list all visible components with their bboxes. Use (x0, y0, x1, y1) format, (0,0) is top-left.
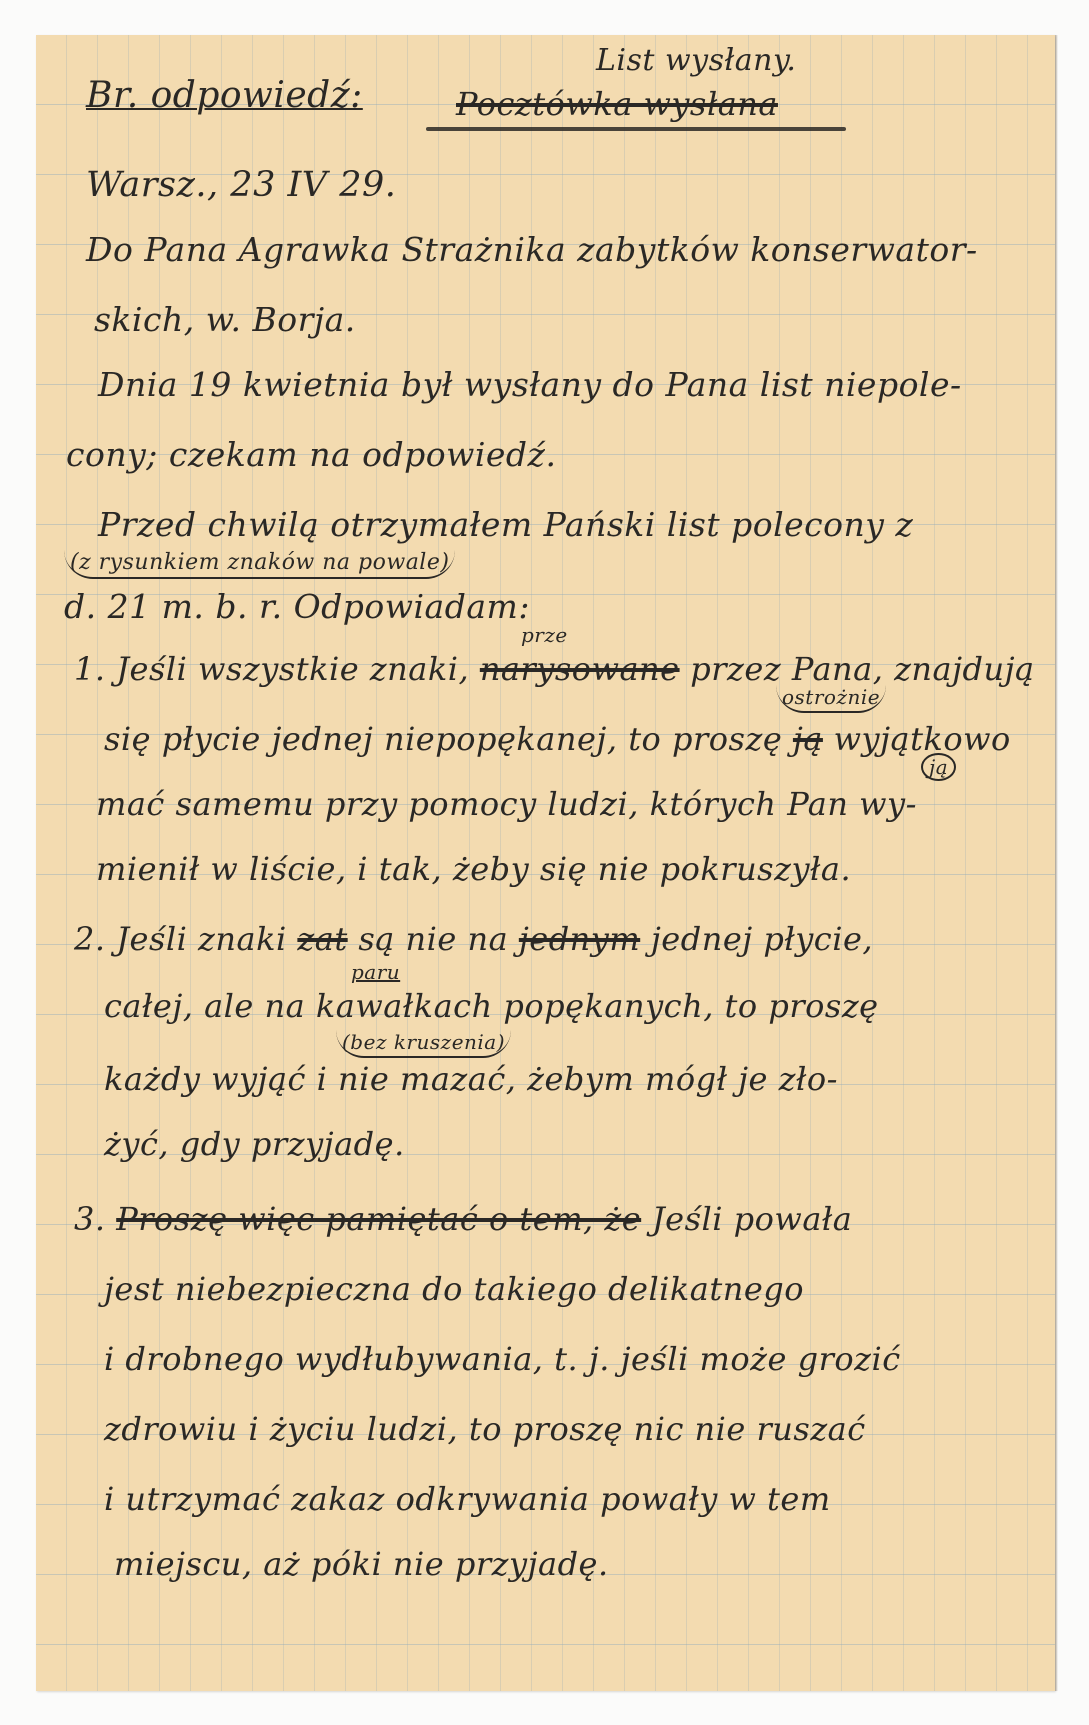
item-2-text-a: Jeśli znaki (116, 920, 287, 958)
item-1-text-a: Jeśli wszystkie znaki, (116, 650, 469, 688)
item-number: 1. (74, 650, 106, 688)
crossed-out-title: Pocztówka wysłana (456, 85, 778, 123)
item-2-insert: paru (351, 960, 400, 984)
item-3-line-3: i drobnego wydłubywania, t. j. jeśli moż… (104, 1340, 901, 1378)
item-1-line-2: się płycie jednej niepopękanej, to prosz… (104, 720, 1011, 758)
paragraph-1-text-2: cony; czekam na odpowiedź. (66, 435, 556, 474)
paragraph-2-text-2: d. 21 m. b. r. Odpowiadam: (64, 587, 530, 626)
item-1-text-d: wyjątkowo (834, 720, 1011, 758)
item-2-line-4: żyć, gdy przyjadę. (104, 1125, 405, 1163)
struck-word: jednym (519, 920, 640, 958)
item-3-text-d: zdrowiu i życiu ludzi, to proszę nic nie… (104, 1410, 866, 1448)
date-text: Warsz., 23 IV 29. (86, 165, 396, 205)
paper-edge-shadow (1055, 35, 1058, 1691)
item-3-line-4: zdrowiu i życiu ludzi, to proszę nic nie… (104, 1410, 866, 1448)
item-1-line-1: 1. Jeśli wszystkie znaki, narysowane prz… (74, 650, 1035, 688)
item-1-line-3: mać samemu przy pomocy ludzi, których Pa… (96, 785, 917, 823)
paragraph-2-note: (z rysunkiem znaków na powale) (64, 550, 455, 575)
item-3-text-a: Jeśli powała (652, 1200, 853, 1238)
item-2-text-e: każdy wyjąć i nie mazać, żebym mógł je z… (104, 1060, 838, 1098)
item-1-circle-note: ją (921, 755, 956, 779)
item-3-text-c: i drobnego wydłubywania, t. j. jeśli moż… (104, 1340, 901, 1378)
item-number: 3. (74, 1200, 106, 1238)
paragraph-2-text-1: Przed chwilą otrzymałem Pański list pole… (98, 505, 913, 544)
drawing-note: (z rysunkiem znaków na powale) (64, 550, 455, 579)
item-1-insert: prze (521, 623, 568, 647)
header-correction-title: List wysłany. (596, 43, 796, 78)
insertion-text: paru (351, 960, 400, 984)
item-3-text-f: miejscu, aż póki nie przyjadę. (114, 1545, 609, 1583)
paragraph-1-text-1: Dnia 19 kwietnia był wysłany do Pana lis… (98, 365, 962, 404)
struck-word: ją (793, 720, 823, 758)
item-3-line-1: 3. Proszę więc pamiętać o tem, że Jeśli … (74, 1200, 852, 1238)
addressee-text-1: Do Pana Agrawka Strażnika zabytków konse… (86, 230, 978, 269)
insertion-text: prze (521, 623, 568, 647)
header-left-label: Br. odpowiedź: (86, 75, 363, 116)
correction-title: List wysłany. (596, 43, 796, 78)
paragraph-1-line-2: cony; czekam na odpowiedź. (66, 435, 556, 474)
item-1-text-b: przez Pana, znajdują (690, 650, 1034, 688)
strike-line (426, 127, 846, 131)
item-1-text-e: mać samemu przy pomocy ludzi, których Pa… (96, 785, 917, 823)
addressee-line-2: skich, w. Borja. (94, 300, 356, 339)
item-2-text-d: całej, ale na kawałkach popękanych, to p… (104, 987, 879, 1025)
struck-word: narysowane (480, 650, 680, 688)
header-crossed-title: Pocztówka wysłana (456, 85, 778, 123)
paragraph-1-line-1: Dnia 19 kwietnia był wysłany do Pana lis… (98, 365, 962, 404)
item-1-insert-2: ostrożnie (776, 685, 886, 709)
item-2-line-2: całej, ale na kawałkach popękanych, to p… (104, 987, 879, 1025)
insertion-text: (bez kruszenia) (336, 1030, 511, 1058)
item-1-line-4: mienił w liście, i tak, żeby się nie pok… (96, 850, 851, 888)
letter-paper: Br. odpowiedź: List wysłany. Pocztówka w… (36, 35, 1055, 1691)
item-2-text-b: są nie na (358, 920, 508, 958)
addressee-text-2: skich, w. Borja. (94, 300, 356, 339)
item-3-text-b: jest niebezpieczna do takiego delikatneg… (104, 1270, 804, 1308)
item-1-text-f: mienił w liście, i tak, żeby się nie pok… (96, 850, 851, 888)
addressee-line-1: Do Pana Agrawka Strażnika zabytków konse… (86, 230, 978, 269)
circled-note: ją (921, 753, 956, 781)
item-3-line-2: jest niebezpieczna do takiego delikatneg… (104, 1270, 804, 1308)
paragraph-2-line-1: Przed chwilą otrzymałem Pański list pole… (98, 505, 913, 544)
item-1-text-c: się płycie jednej niepopękanej, to prosz… (104, 720, 782, 758)
item-3-line-6: miejscu, aż póki nie przyjadę. (114, 1545, 609, 1583)
reply-label: Br. odpowiedź: (86, 75, 363, 116)
item-2-insert-2: (bez kruszenia) (336, 1030, 511, 1054)
struck-sentence: Proszę więc pamiętać o tem, że (116, 1200, 641, 1238)
struck-word: zat (297, 920, 347, 958)
item-number: 2. (74, 920, 106, 958)
item-3-line-5: i utrzymać zakaz odkrywania powały w tem (104, 1480, 831, 1518)
date-line: Warsz., 23 IV 29. (86, 165, 396, 205)
insertion-text: ostrożnie (776, 685, 886, 713)
paragraph-2-line-2: d. 21 m. b. r. Odpowiadam: (64, 587, 530, 626)
item-2-text-c: jednej płycie, (651, 920, 873, 958)
item-2-line-3: każdy wyjąć i nie mazać, żebym mógł je z… (104, 1060, 838, 1098)
item-2-line-1: 2. Jeśli znaki zat są nie na jednym jedn… (74, 920, 873, 958)
item-3-text-e: i utrzymać zakaz odkrywania powały w tem (104, 1480, 831, 1518)
item-2-text-f: żyć, gdy przyjadę. (104, 1125, 405, 1163)
